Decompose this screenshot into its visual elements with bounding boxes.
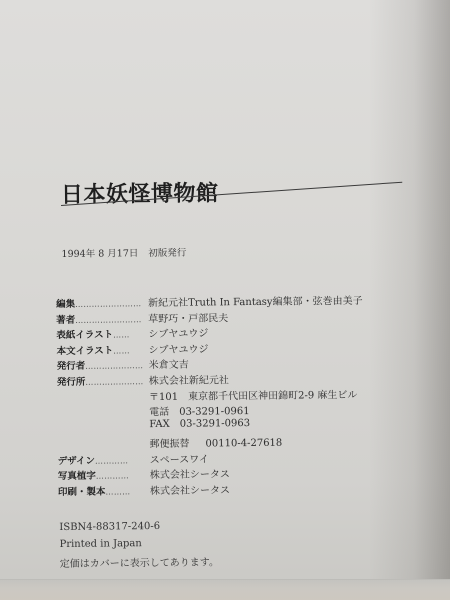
postal-transfer-number: 00110-4-27618 [205,438,282,450]
credit-value: シブヤユウジ [148,325,208,341]
dot-leader: ………… [96,471,150,481]
credit-value: 株式会社シータス [150,481,230,497]
credit-label: 著者 [56,311,75,325]
book-page: 日本妖怪博物館 1994年 8 月17日初版発行 編集 …………………… 新紀元… [0,0,450,600]
edition-label: 初版発行 [148,248,186,259]
colophon-footer: ISBN4-88317-240-6 Printed in Japan 定価はカバ… [59,520,219,571]
credit-value: 米倉文吉 [149,356,189,371]
publication-date-line: 1994年 8 月17日初版発行 [61,245,186,260]
credit-label: 発行者 [57,358,86,372]
postal-code: 〒101 [149,387,178,402]
publication-date: 1994年 8 月17日 [61,248,138,260]
price-note: 定価はカバーに表示してあります。 [60,553,219,571]
credit-label: 発行所 [57,374,86,388]
credit-value: 株式会社新紀元社 [149,371,229,387]
dot-leader: ………… [95,456,150,466]
address-text: 東京都千代田区神田錦町2-9 麻生ビル [188,385,357,402]
credits-list: 編集 …………………… 新紀元社Truth In Fantasy編集部・弦巻由美… [56,292,378,499]
postal-transfer-label: 郵便振替 [149,435,189,450]
dot-leader: ……… [105,487,150,496]
dot-leader: …… [113,330,148,339]
credit-value: スペースワイ [150,450,209,466]
fax-label: FAX [149,419,170,430]
credit-row-printing-binding: 印刷・製本 ……… 株式会社シータス [58,480,378,499]
isbn: ISBN4-88317-240-6 [59,520,218,538]
credit-label: 写真植字 [58,468,96,482]
printed-in: Printed in Japan [59,537,218,555]
fax-number: 03-3291-0963 [180,418,251,430]
credit-value: シブヤユウジ [148,340,208,356]
phone-label: 電話 [149,403,169,418]
dot-leader: …………………… [75,299,148,309]
credit-label: デザイン [58,452,95,466]
phone-number: 03-3291-0961 [179,406,250,418]
dot-leader: …………………… [75,315,148,325]
credit-label: 印刷・製本 [58,483,106,497]
credit-label: 本文イラスト [56,342,113,357]
credit-value: 新紀元社Truth In Fantasy編集部・弦巻由美子 [148,292,363,309]
colophon: 日本妖怪博物館 1994年 8 月17日初版発行 編集 …………………… 新紀元… [0,0,450,600]
credit-value: 草野巧・戸部民夫 [148,309,228,325]
dot-leader: ………………… [85,377,149,387]
credit-label: 編集 [56,296,75,310]
credit-value: 株式会社シータス [150,466,230,482]
credit-label: 表紙イラスト [56,327,113,342]
dot-leader: …… [113,346,148,355]
dot-leader: ………………… [85,361,149,371]
